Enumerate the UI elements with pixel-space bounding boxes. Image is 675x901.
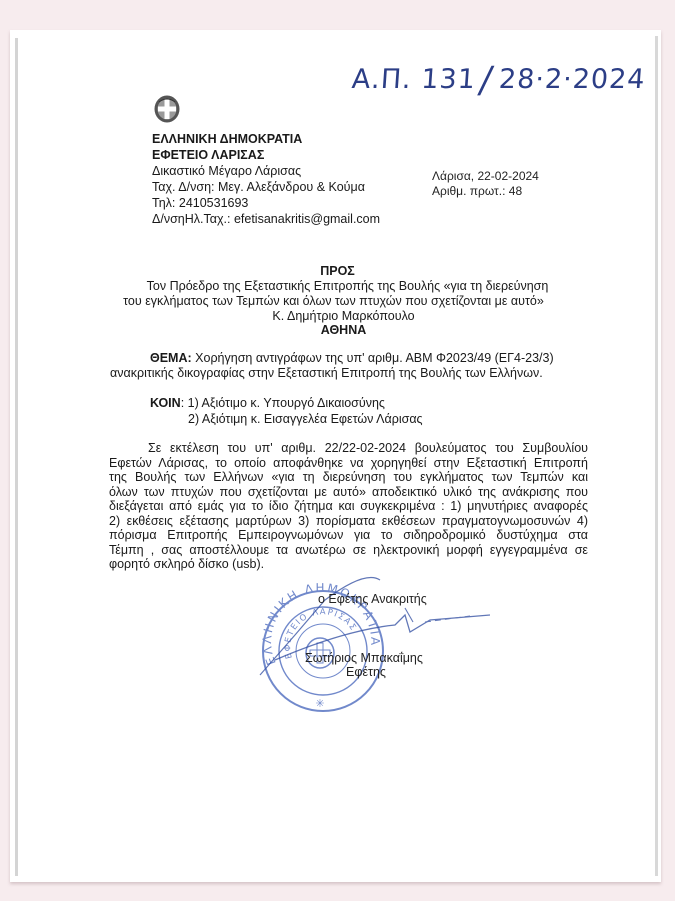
cc-line1: ΚΟΙΝ: 1) Αξιότιμο κ. Υπουργό Δικαιοσύνης [150, 396, 385, 411]
subject-text-1: Χορήγηση αντιγράφων της υπ' αριθμ. ΑΒΜ Φ… [195, 351, 553, 365]
sender-phone: Τηλ: 2410531693 [152, 195, 248, 211]
svg-text:✳: ✳ [315, 698, 324, 710]
body-line-3: της Βουλής των Ελλήνων «για τη διερεύνησ… [109, 470, 588, 485]
subject-line1: ΘΕΜΑ: Χορήγηση αντιγράφων της υπ' αριθμ.… [150, 351, 554, 366]
sender-address: Ταχ. Δ/νση: Μεγ. Αλεξάνδρου & Κούμα [152, 179, 365, 195]
signature-title: ο Εφέτης Ανακριτής [318, 592, 427, 607]
page-edge-left [15, 38, 18, 876]
recipient-line1: Τον Πρόεδρο της Εξεταστικής Επιτροπής τη… [10, 279, 675, 294]
signature-name: Σωτήριος Μπακαΐμης [305, 651, 423, 666]
sender-email: Δ/νσηΗλ.Ταχ.: efetisanakritis@gmail.com [152, 211, 380, 227]
recipient-name: Κ. Δημήτριο Μαρκόπουλο [6, 309, 675, 324]
cc-label: ΚΟΙΝ [150, 396, 181, 410]
body-line-4: όλων των πτυχών που σχετίζονται με αυτό»… [109, 485, 588, 500]
body-line-5: διεξάγεται από εμάς για το ίδιο ζήτημα κ… [109, 499, 588, 514]
body-line-7: πόρισμα Επιτροπής Εμπειρογνωμόνων για το… [109, 528, 588, 543]
cc-item-2: 2) Αξιότιμη κ. Εισαγγελέα Εφετών Λάρισας [188, 412, 423, 427]
body-line-2: Εφετών Λάρισας, το οποίο αποφάνθηκε να χ… [109, 456, 588, 471]
cc-item-1: 1) Αξιότιμο κ. Υπουργό Δικαιοσύνης [188, 396, 385, 410]
subject-line2: ανακριτικής δικογραφίας στην Εξεταστική … [110, 366, 543, 381]
page-edge-right [655, 36, 658, 876]
recipient-heading: ΠΡΟΣ [0, 264, 675, 279]
handwritten-slash: / [476, 60, 496, 101]
signature-role: Εφέτης [346, 665, 386, 680]
sender-building: Δικαστικό Μέγαρο Λάρισας [152, 163, 301, 179]
recipient-line2: του εγκλήματος των Τεμπών και όλων των π… [0, 294, 671, 309]
body-line-8: Τέμπη , σας αποστέλλουμε τα ανωτέρω σε η… [109, 543, 588, 558]
handwritten-protocol: Α.Π. 131 [351, 64, 477, 95]
sender-org-line2: ΕΦΕΤΕΙΟ ΛΑΡΙΣΑΣ [152, 147, 264, 163]
protocol-number: Αριθμ. πρωτ.: 48 [432, 184, 522, 199]
place-date: Λάρισα, 22-02-2024 [432, 169, 539, 184]
subject-label: ΘΕΜΑ: [150, 351, 192, 365]
recipient-city: ΑΘΗΝΑ [6, 323, 675, 338]
handwritten-date: 28·2·2024 [498, 64, 647, 95]
handwritten-protocol-note: Α.Π. 131/28·2·2024 [351, 56, 647, 97]
greek-coat-of-arms-icon [153, 94, 181, 124]
body-line-1: Σε εκτέλεση του υπ' αριθμ. 22/22-02-2024… [148, 441, 588, 456]
body-line-6: 2) εκθέσεις εξέτασης μαρτύρων 3) πορίσμα… [109, 514, 588, 529]
sender-org-line1: ΕΛΛΗΝΙΚΗ ΔΗΜΟΚΡΑΤΙΑ [152, 131, 302, 147]
